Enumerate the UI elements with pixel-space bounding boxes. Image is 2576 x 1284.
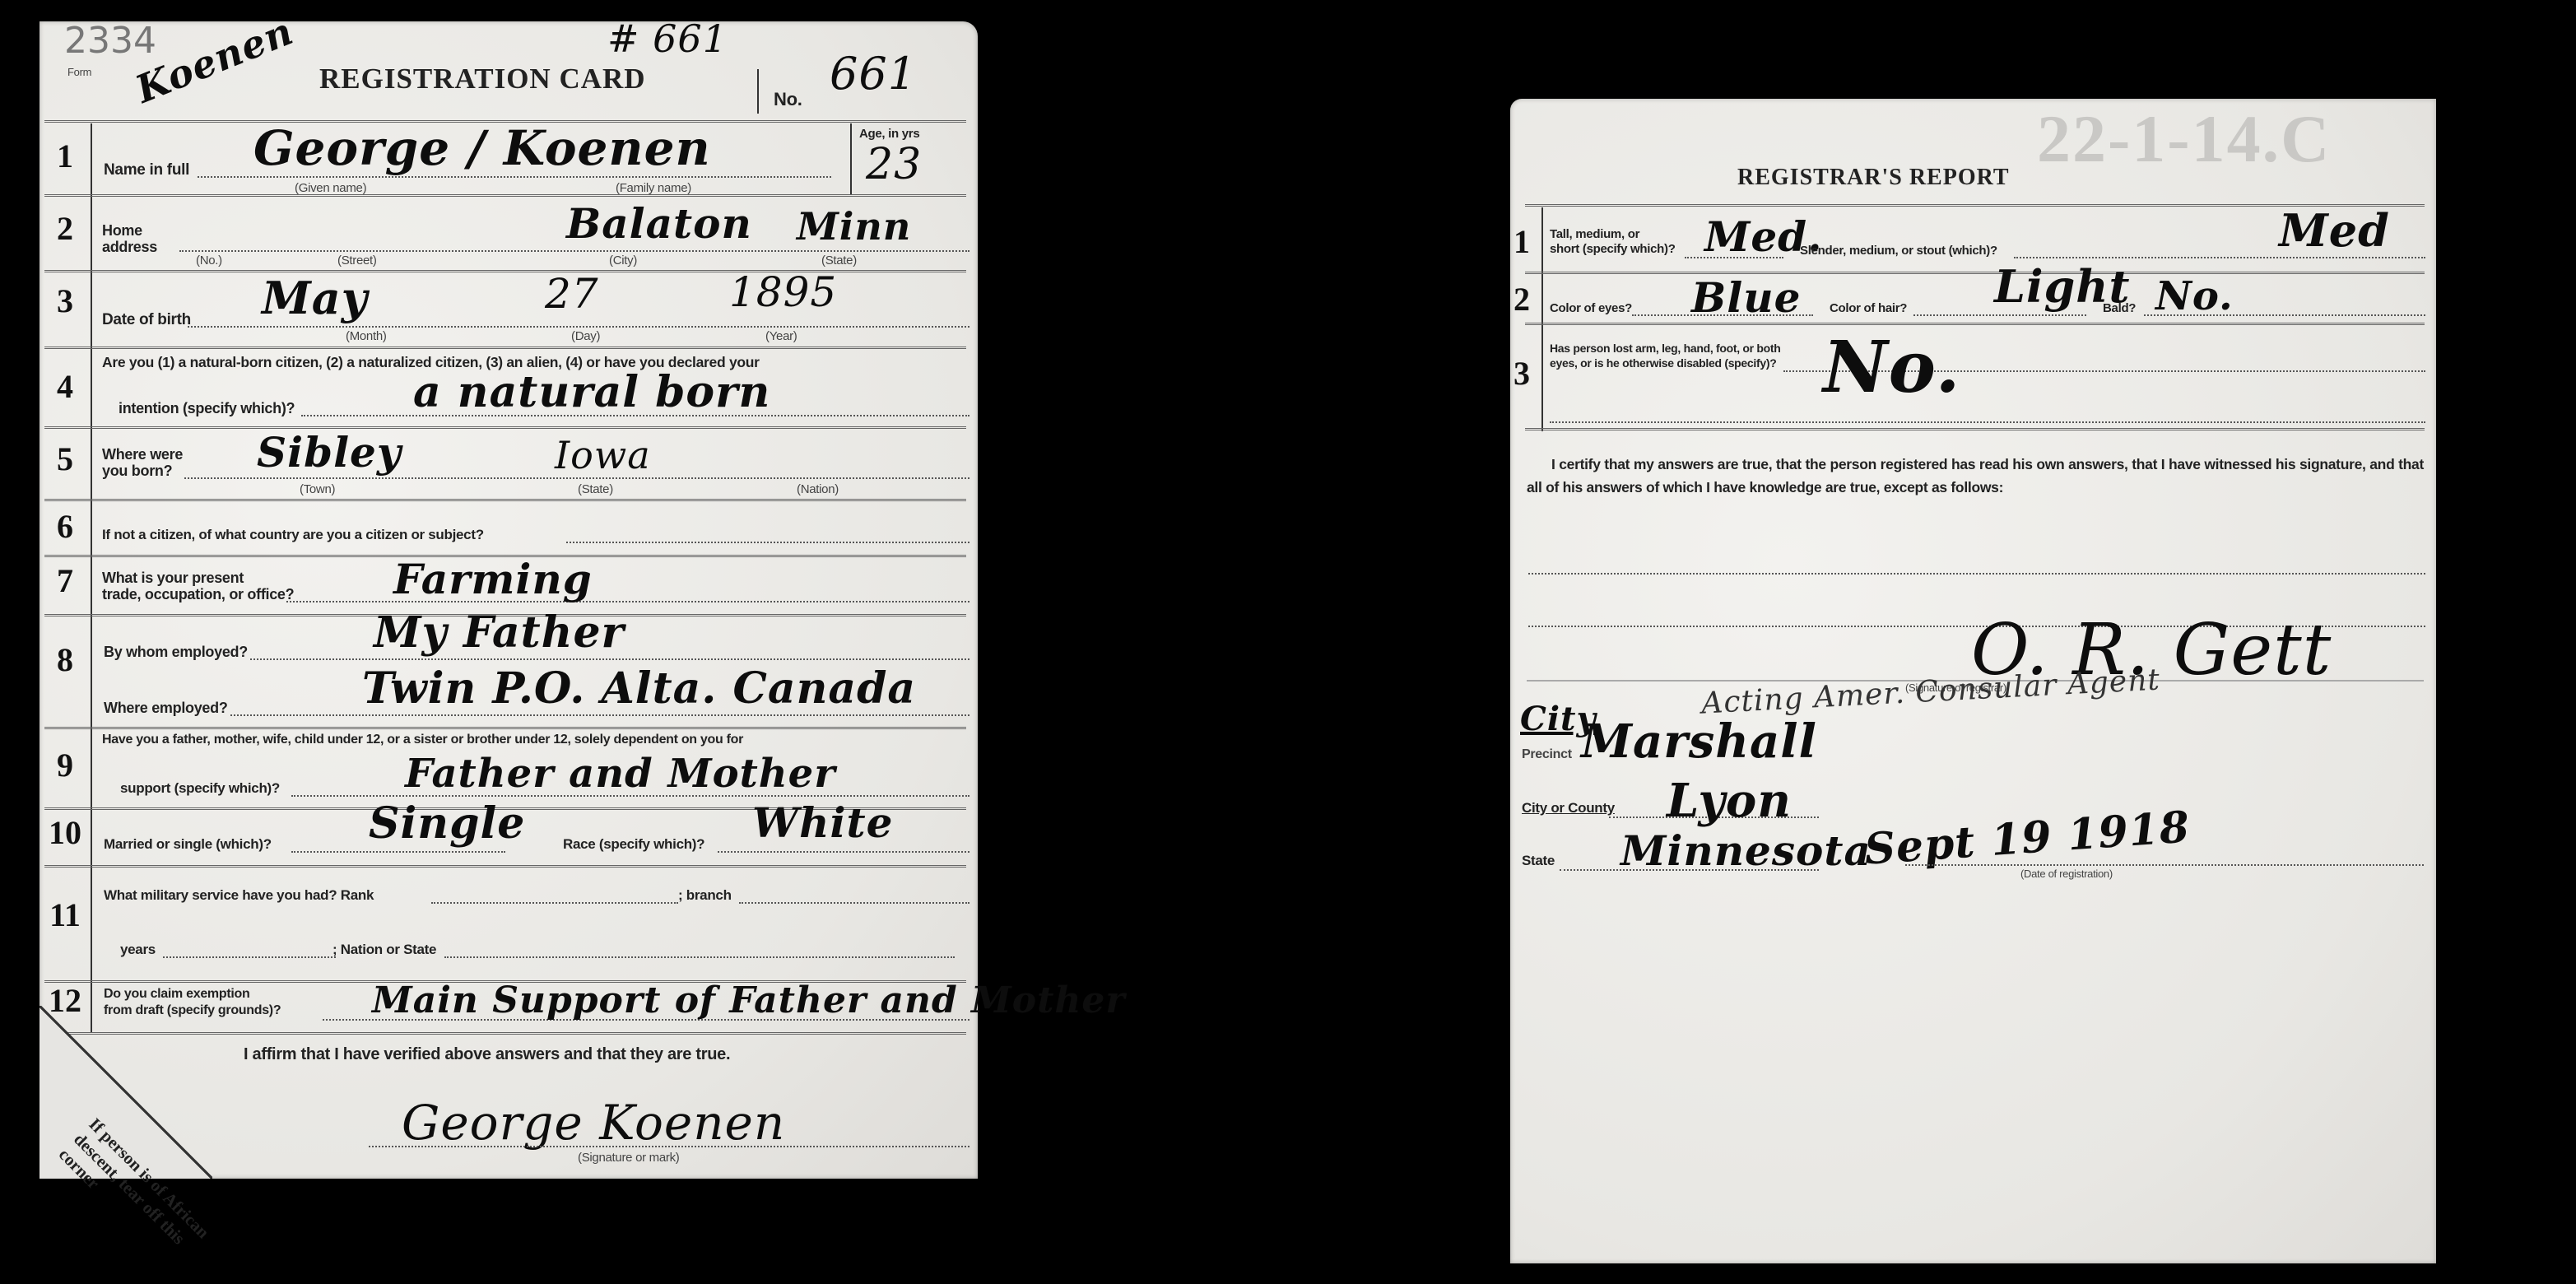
report-number-column-divider — [1541, 207, 1543, 431]
row-number-1: 1 — [44, 137, 86, 175]
report-row-rule — [1525, 323, 2425, 325]
marital-status-value[interactable]: Single — [369, 798, 525, 849]
bald-value[interactable]: No. — [2155, 273, 2234, 319]
marital-status-field-line — [291, 851, 505, 853]
family-name-label: (Family name) — [616, 181, 691, 195]
dob-year-value[interactable]: 1895 — [729, 268, 837, 316]
height-label: Tall, medium, or short (specify which)? — [1550, 227, 1676, 257]
row-rule — [44, 194, 966, 197]
disability-label: Has person lost arm, leg, hand, foot, or… — [1550, 341, 1781, 370]
dob-month-label: (Month) — [346, 329, 387, 343]
row-number-6: 6 — [44, 507, 86, 546]
address-state-label: (State) — [821, 254, 857, 267]
address-city-value[interactable]: Balaton — [566, 199, 752, 248]
birthplace-label: Where were you born? — [102, 446, 183, 479]
military-branch-label: ; branch — [678, 887, 732, 904]
dob-day-label: (Day) — [571, 329, 600, 343]
report-row-rule — [1525, 428, 2425, 430]
military-nation-field-line[interactable] — [444, 956, 955, 958]
military-years-field-line[interactable] — [163, 956, 336, 958]
row-number-10: 10 — [44, 813, 86, 852]
home-label-line1: Home — [102, 222, 157, 239]
home-address-label: Home address — [102, 222, 157, 255]
military-branch-field-line[interactable] — [739, 902, 969, 904]
form-label: Form — [67, 66, 91, 78]
precinct-label: Precinct — [1522, 747, 1572, 762]
exemption-value[interactable]: Main Support of Father and Mother — [372, 979, 1126, 1021]
signature-label: (Signature or mark) — [578, 1151, 680, 1165]
employment-location-label: Where employed? — [104, 700, 228, 717]
birthplace-label-line1: Where were — [102, 446, 183, 463]
race-value[interactable]: White — [752, 798, 893, 847]
age-label: Age, in yrs — [859, 127, 919, 141]
given-name-label: (Given name) — [295, 181, 366, 195]
employment-location-value[interactable]: Twin P.O. Alta. Canada — [362, 663, 916, 714]
employer-label: By whom employed? — [104, 644, 248, 661]
occupation-value[interactable]: Farming — [393, 555, 593, 603]
hair-color-label: Color of hair? — [1830, 301, 1907, 315]
address-city-label: (City) — [609, 254, 637, 267]
occupation-label: What is your present trade, occupation, … — [102, 570, 294, 602]
precinct-value[interactable]: Marshall — [1581, 714, 1817, 769]
report-row-number-3: 3 — [1504, 354, 1540, 393]
foreign-citizenship-label: If not a citizen, of what country are yo… — [102, 527, 484, 543]
address-street-label: (Street) — [337, 254, 377, 267]
race-label: Race (specify which)? — [563, 836, 704, 853]
occupation-label-line2: trade, occupation, or office? — [102, 586, 294, 602]
serial-number: 661 — [830, 48, 917, 100]
build-value[interactable]: Med — [2279, 204, 2390, 257]
row-number-3: 3 — [44, 281, 86, 320]
registration-date-field-line — [1905, 864, 2424, 866]
dob-day-value[interactable]: 27 — [545, 270, 599, 318]
employer-value[interactable]: My Father — [374, 607, 625, 658]
dob-field-line — [188, 326, 969, 328]
build-label: Slender, medium, or stout (which)? — [1800, 244, 1997, 258]
top-number-annotation: # 661 — [607, 16, 728, 61]
foreign-citizenship-field-line[interactable] — [566, 542, 969, 543]
birthplace-state-value[interactable]: Iowa — [555, 433, 651, 477]
city-county-label: City or County — [1522, 800, 1615, 816]
no-label: No. — [774, 89, 802, 110]
row-number-9: 9 — [44, 746, 86, 784]
birthplace-town-value[interactable]: Sibley — [257, 428, 402, 477]
dob-label: Date of birth — [102, 311, 191, 329]
occupation-field-line — [286, 601, 969, 602]
disability-extra-line — [1550, 421, 2425, 423]
stamp-number: 22-1-14.C — [2037, 100, 2331, 178]
birthplace-town-label: (Town) — [300, 482, 335, 496]
row-number-2: 2 — [44, 209, 86, 248]
dob-year-label: (Year) — [765, 329, 797, 343]
bald-label: Bald? — [2103, 301, 2136, 315]
marital-status-label: Married or single (which)? — [104, 836, 272, 853]
signature-line — [369, 1146, 969, 1147]
age-divider — [850, 123, 852, 194]
exemption-label-line1: Do you claim exemption — [104, 986, 281, 1003]
name-value[interactable]: George / Koenen — [253, 120, 711, 176]
report-row-rule — [1525, 272, 2425, 274]
registrar-title: Acting Amer. Consular Agent — [1700, 663, 2160, 720]
name-field-line — [198, 176, 831, 178]
birthplace-label-line2: you born? — [102, 463, 183, 479]
age-value[interactable]: 23 — [866, 140, 922, 189]
row-rule — [44, 426, 966, 429]
report-row-number-1: 1 — [1504, 222, 1540, 261]
address-state-value[interactable]: Minn — [797, 204, 911, 249]
registrars-report-card: 22-1-14.C REGISTRAR'S REPORT 1 Tall, med… — [1510, 99, 2436, 1263]
header-divider — [757, 69, 759, 114]
certification-text: I certify that my answers are true, that… — [1527, 453, 2424, 499]
disability-label-line2: eyes, or is he otherwise disabled (speci… — [1550, 356, 1781, 370]
military-nation-label: ; Nation or State — [332, 942, 436, 958]
state-label: State — [1522, 853, 1555, 869]
military-rank-field-line[interactable] — [431, 902, 678, 904]
employment-location-field-line — [230, 714, 969, 716]
military-years-label: years — [120, 942, 156, 958]
race-field-line — [718, 851, 969, 853]
address-no-label: (No.) — [196, 254, 222, 267]
citizenship-question-line2: intention (specify which)? — [119, 400, 295, 417]
dependents-question-line1: Have you a father, mother, wife, child u… — [102, 733, 743, 747]
occupation-label-line1: What is your present — [102, 570, 294, 586]
city-county-value[interactable]: Lyon — [1667, 774, 1792, 828]
row-rule — [44, 499, 966, 501]
birthplace-field-line — [184, 477, 969, 479]
row-number-11: 11 — [44, 896, 86, 934]
registration-date-label: (Date of registration) — [2020, 868, 2113, 880]
registration-card: 2334 Form Koenen # 661 REGISTRATION CARD… — [40, 21, 978, 1179]
build-field-line — [2014, 257, 2425, 258]
affirmation-text: I affirm that I have verified above answ… — [244, 1045, 730, 1064]
citizenship-value[interactable]: a natural born — [413, 367, 770, 417]
height-label-line1: Tall, medium, or — [1550, 227, 1676, 242]
hair-color-field-line — [1913, 314, 2086, 316]
row-number-8: 8 — [44, 640, 86, 679]
row-rule — [44, 727, 966, 729]
disability-value[interactable]: No. — [1823, 326, 1960, 409]
row-number-5: 5 — [44, 440, 86, 478]
disability-label-line1: Has person lost arm, leg, hand, foot, or… — [1550, 341, 1781, 356]
report-row-number-2: 2 — [1504, 280, 1540, 319]
name-label: Name in full — [104, 161, 189, 179]
pencil-number: 2334 — [64, 20, 156, 62]
exceptions-line-1[interactable] — [1528, 573, 2425, 575]
birthplace-state-label: (State) — [578, 482, 613, 496]
dependents-question-line2: support (specify which)? — [120, 780, 280, 797]
row-rule — [44, 347, 966, 349]
row-rule — [44, 865, 966, 868]
home-label-line2: address — [102, 239, 157, 255]
row-number-4: 4 — [44, 367, 86, 406]
dob-month-value[interactable]: May — [262, 272, 368, 324]
eye-color-label: Color of eyes? — [1550, 301, 1632, 315]
height-label-line2: short (specify which)? — [1550, 242, 1676, 257]
employer-field-line — [250, 658, 969, 660]
eye-color-value[interactable]: Blue — [1691, 273, 1801, 322]
dependents-value[interactable]: Father and Mother — [405, 751, 835, 797]
registrant-signature[interactable]: George Koenen — [402, 1095, 785, 1151]
number-column-divider — [91, 123, 92, 1033]
birthplace-nation-label: (Nation) — [797, 482, 839, 496]
address-field-line — [179, 250, 969, 252]
military-service-label: What military service have you had? Rank — [104, 887, 374, 904]
state-value[interactable]: Minnesota — [1620, 826, 1872, 875]
card-title: REGISTRATION CARD — [319, 63, 646, 95]
row-number-7: 7 — [44, 561, 86, 600]
report-title: REGISTRAR'S REPORT — [1737, 165, 2010, 191]
